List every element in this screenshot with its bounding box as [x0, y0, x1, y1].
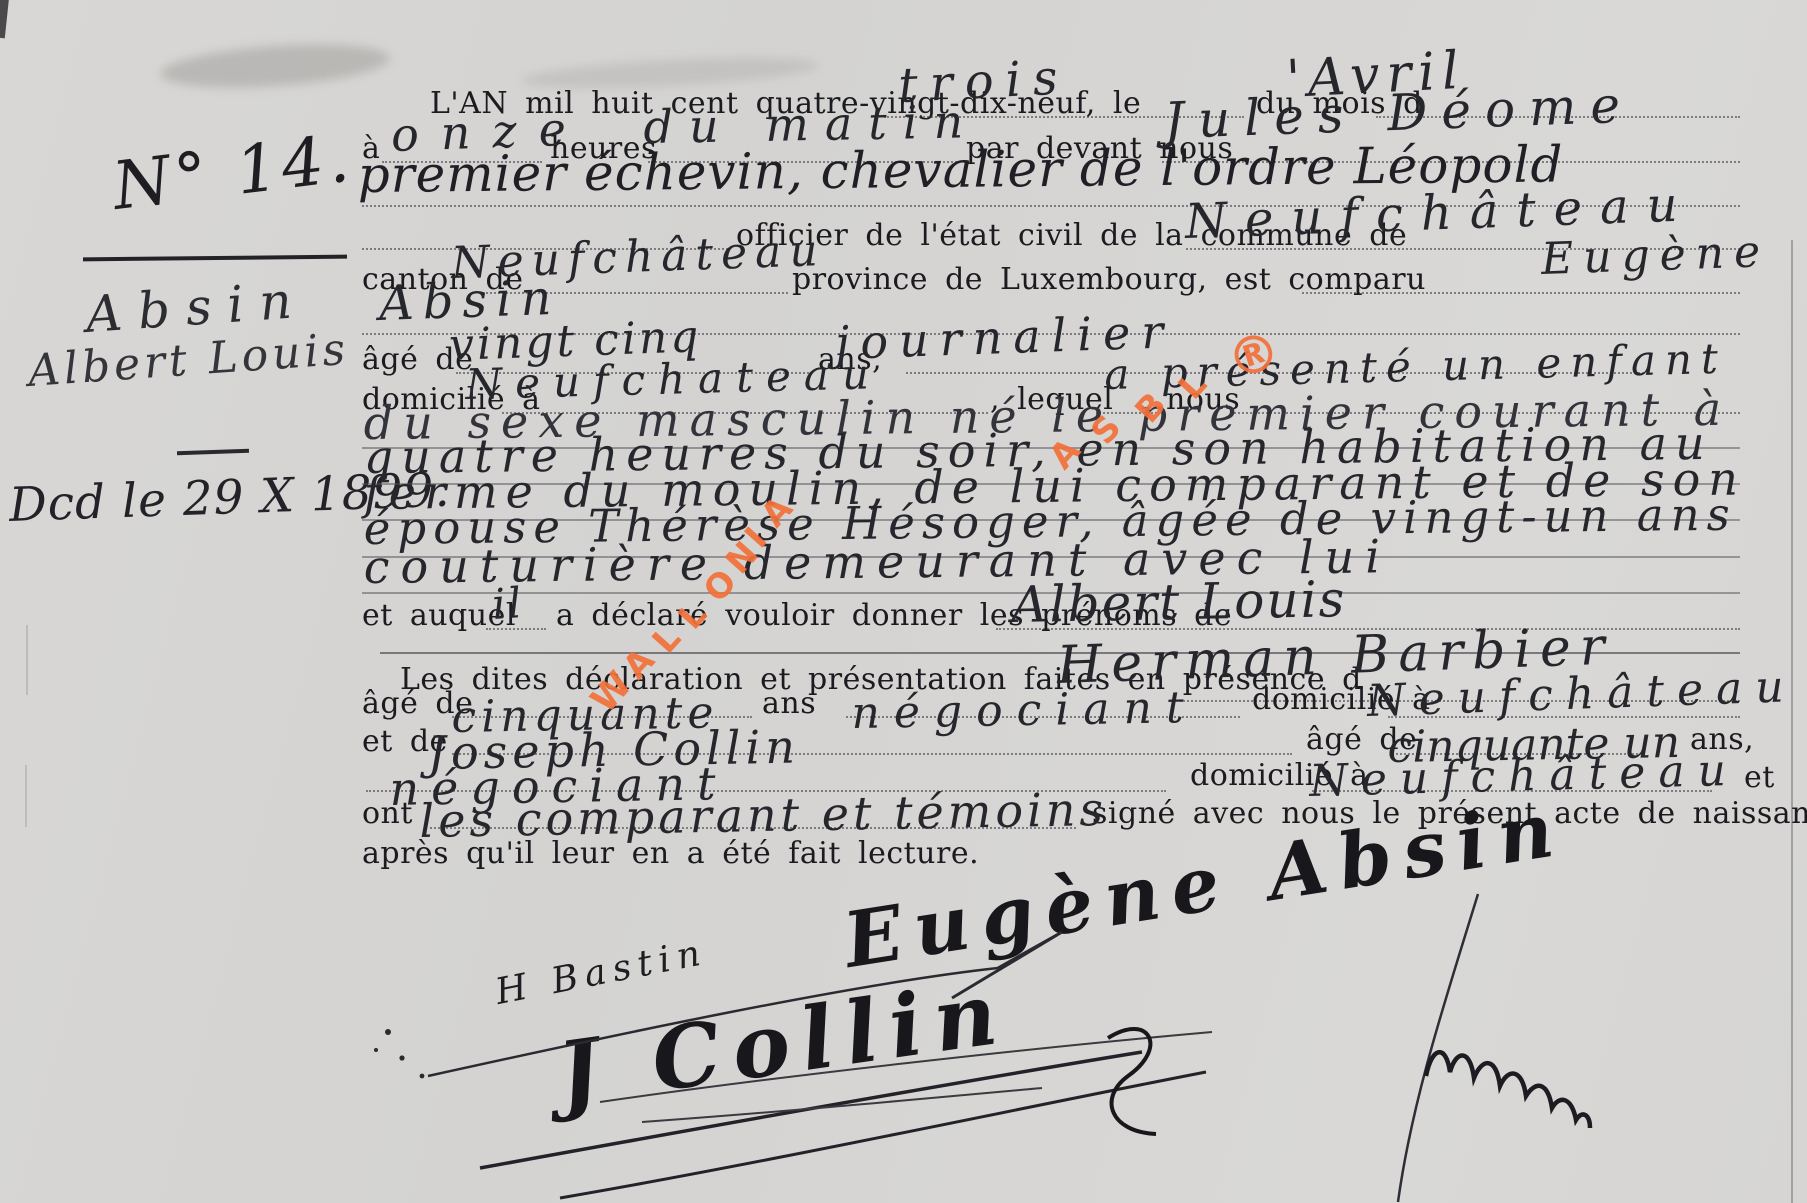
signature-flourishes [350, 880, 1807, 1203]
page-edge-left1 [26, 625, 28, 695]
margin-underline [83, 255, 347, 262]
hw-il: il [491, 578, 525, 629]
scanned-birth-record: N° 14. Absin Albert Louis Dcd le 29 X 18… [0, 0, 1807, 1203]
printed-line17b: ans [762, 686, 816, 721]
page-edge-corner [0, 0, 9, 38]
scan-smudge-top [159, 38, 391, 94]
hw-declarant-first: Eugène [1540, 226, 1771, 285]
printed-line5b: province de Luxembourg, est comparu [792, 262, 1426, 297]
margin-dash [177, 449, 249, 456]
hw-signers: les comparant et témoins [419, 782, 1107, 848]
margin-given-names: Albert Louis [26, 324, 350, 397]
hw-child-names: Albert Louis [1011, 570, 1347, 634]
page-edge-left2 [25, 765, 27, 827]
printed-line19b: et [1744, 760, 1775, 795]
hw-witness1-profession: négociant [851, 682, 1198, 739]
margin-act-number: N° 14. [109, 119, 357, 225]
